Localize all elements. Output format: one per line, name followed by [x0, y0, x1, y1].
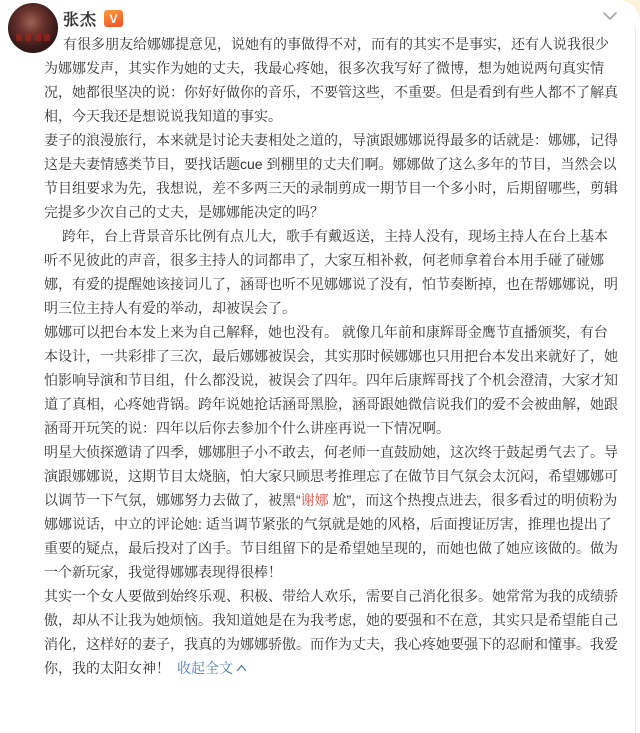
collapse-full-text-link[interactable]: 收起全文 [177, 660, 247, 676]
collapse-link-label: 收起全文 [177, 660, 233, 676]
post-paragraph: 妻子的浪漫旅行，本来就是讨论夫妻相处之道的，导演跟娜娜说得最多的话就是：娜娜，记… [44, 128, 620, 224]
verified-badge-icon: V [104, 10, 123, 27]
post-paragraph: 明星大侦探邀请了四季，娜娜胆子小不敢去，何老师一直鼓励她，这次终于鼓起勇气去了。… [44, 440, 620, 584]
post-paragraph: 跨年，台上背景音乐比例有点儿大，歌手有戴返送，主持人没有，现场主持人在台上基本听… [44, 224, 620, 320]
highlighted-keyword: 谢娜 [301, 492, 329, 508]
post-paragraph: 有很多朋友给娜娜提意见，说她有的事做得不对，而有的其实不是事实，还有人说我很少为… [44, 32, 620, 128]
paragraph-text: 其实一个女人要做到始终乐观、积极、带给人欢乐，需要自己消化很多。她常常为我的成绩… [44, 588, 618, 676]
chevron-up-icon [236, 664, 247, 672]
post-content: 有很多朋友给娜娜提意见，说她有的事做得不对，而有的其实不是事实，还有人说我很少为… [44, 32, 620, 680]
post-paragraph: 娜娜可以把台本发上来为自己解释，她也没有。 就像几年前和康辉哥金鹰节直播颁奖，有… [44, 320, 620, 440]
name-row: 张杰 V [63, 7, 123, 30]
username[interactable]: 张杰 [63, 7, 97, 30]
post-paragraph: 其实一个女人要做到始终乐观、积极、带给人欢乐，需要自己消化很多。她常常为我的成绩… [44, 584, 620, 680]
chevron-down-icon[interactable] [602, 9, 618, 21]
weibo-post-card: 张杰 V 有很多朋友给娜娜提意见，说她有的事做得不对，而有的其实不是事实，还有人… [0, 0, 640, 733]
card-right-border [635, 26, 636, 733]
avatar[interactable] [8, 3, 58, 53]
post-header: 张杰 V [0, 0, 640, 30]
